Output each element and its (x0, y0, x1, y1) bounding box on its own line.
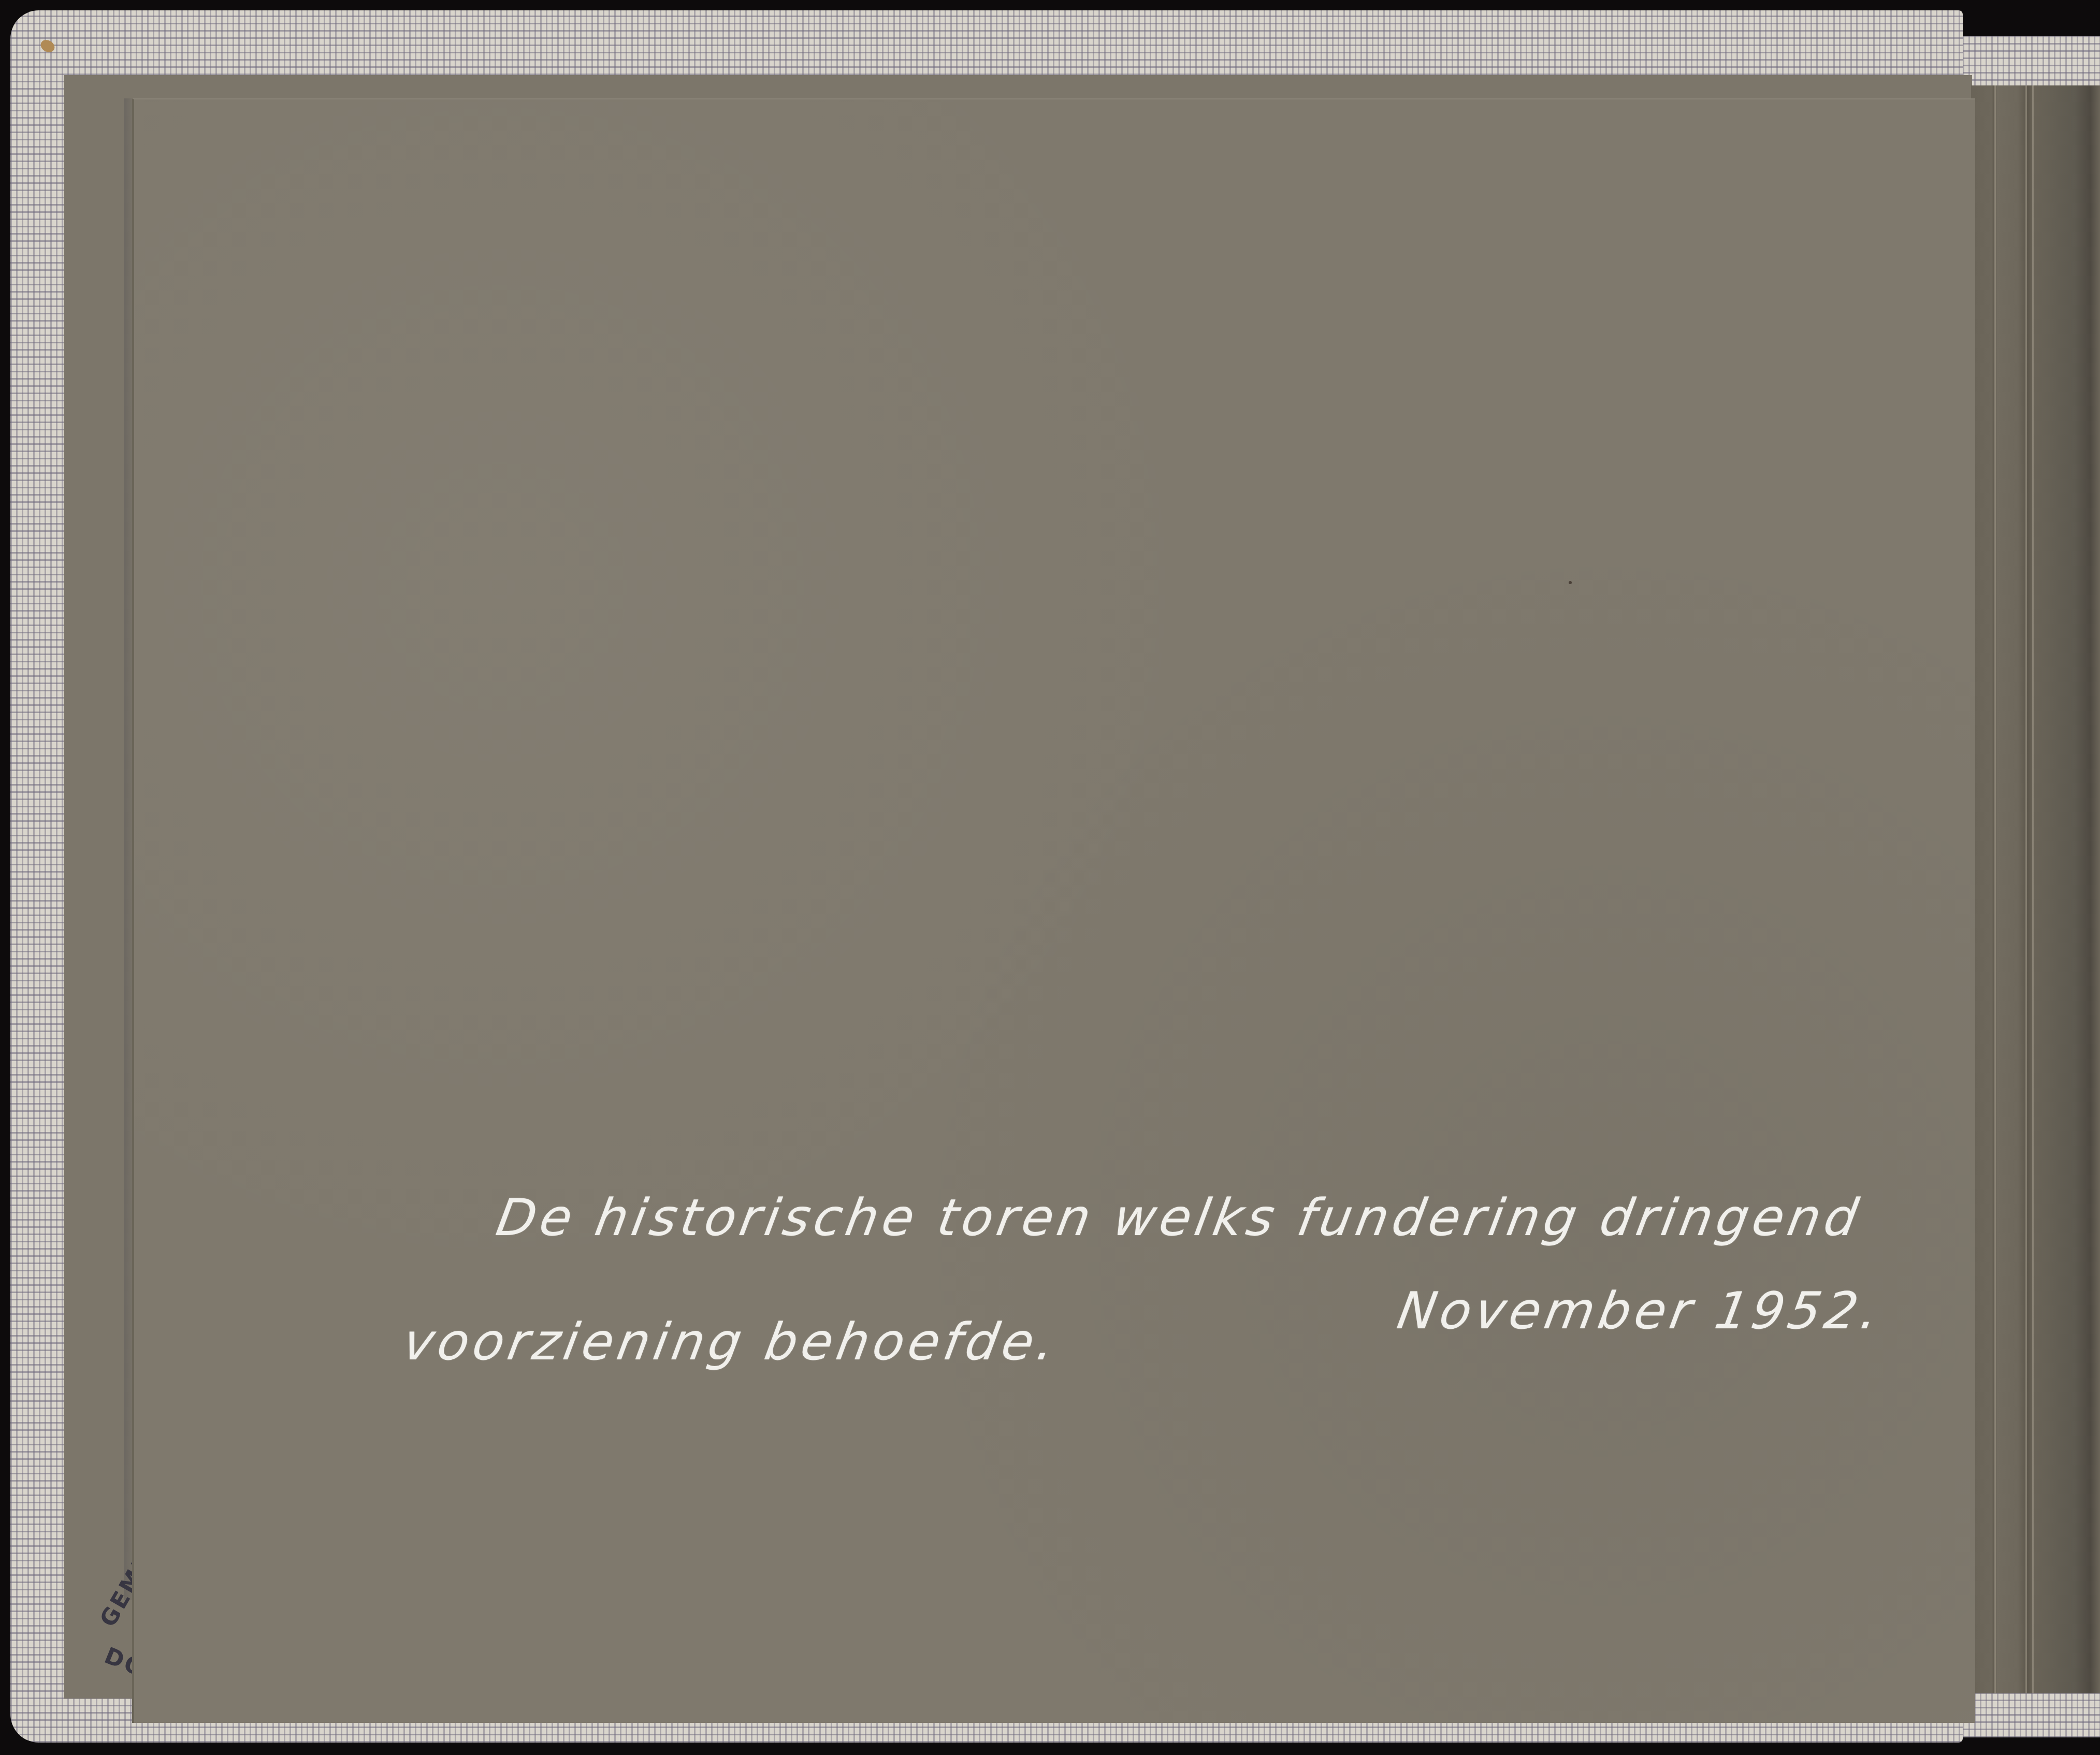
stamp-text-bottom: DO (100, 1643, 132, 1683)
page-stack (1971, 85, 2100, 1693)
album-page (132, 98, 1975, 1723)
page-edge (2032, 85, 2034, 1693)
caption-date: November 1952. (1393, 1282, 1887, 1341)
caption-line-2: voorziening behoefde. (399, 1313, 1063, 1372)
paper-speck (1569, 581, 1572, 584)
page-edge (2025, 85, 2027, 1693)
album-spine-linen-top (1963, 36, 2100, 88)
page-edge (1994, 85, 1996, 1693)
stamp-area: GEMEE DO (64, 1528, 132, 1699)
album-spine-linen-bottom (1963, 1693, 2100, 1737)
caption-line-1: De historische toren welks fundering dri… (492, 1188, 1866, 1248)
